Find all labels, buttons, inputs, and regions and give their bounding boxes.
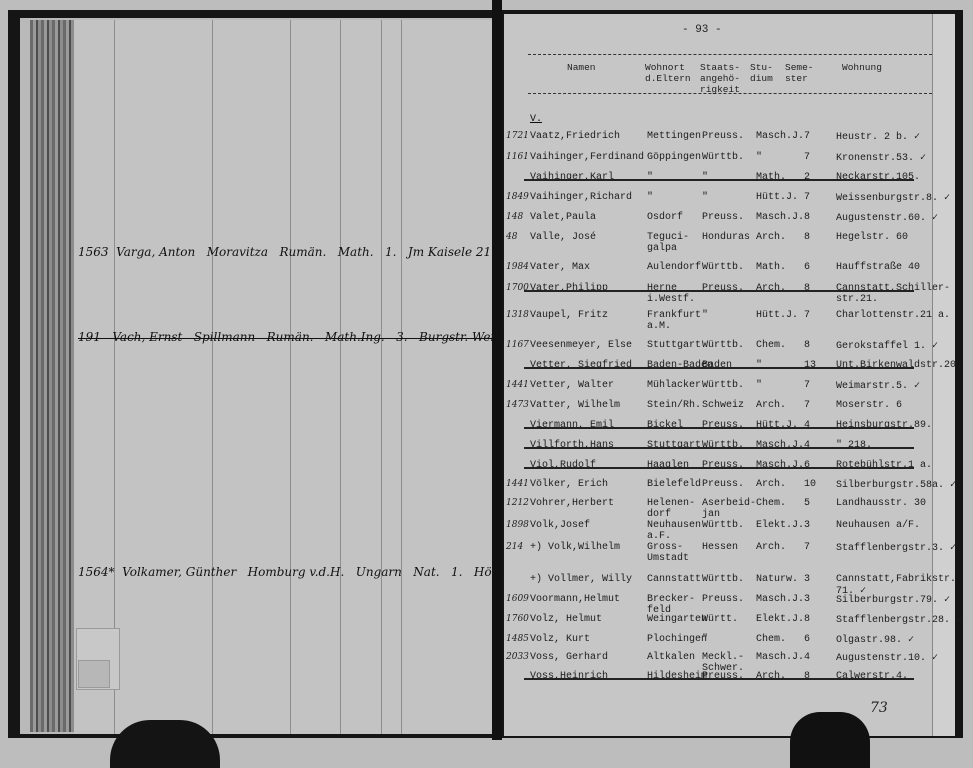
semester: 7	[804, 542, 810, 553]
student-name: Veesenmeyer, Else	[530, 340, 632, 351]
citizenship: Württb.	[702, 340, 744, 351]
parents-residence: Haaglen	[647, 460, 689, 471]
student-name: Volz, Kurt	[530, 634, 590, 645]
student-name: Valet,Paula	[530, 212, 596, 223]
student-name: Vaihinger,Karl	[530, 172, 614, 183]
semester: 3	[804, 520, 810, 531]
entry-number: 1441	[506, 380, 529, 390]
residence-address: Weissenburgstr.8. ✓	[836, 192, 950, 204]
field-of-study: Math.	[756, 262, 786, 273]
semester: 7	[804, 131, 810, 142]
residence-address: Stafflenbergstr.28. ✓	[836, 614, 962, 626]
parents-residence: Stuttgart	[647, 440, 701, 451]
parents-residence: Brecker- feld	[647, 594, 695, 616]
table-row: 1721Vaatz,FriedrichMettingenPreuss.Masch…	[504, 131, 934, 145]
semester: 5	[804, 498, 810, 509]
citizenship: Preuss.	[702, 594, 744, 605]
field-of-study: "	[756, 360, 762, 371]
entry-number: 148	[506, 212, 523, 222]
column-header-wohnort: Wohnort d.Eltern	[645, 62, 691, 84]
parents-residence: Frankfurt a.M.	[647, 310, 701, 332]
entry-number: 1212	[506, 498, 529, 508]
field-of-study: Masch.J.	[756, 212, 804, 223]
semester: 6	[804, 262, 810, 273]
handwritten-entry-struck: 191 Vach, Ernst Spillmann Rumän. Math.In…	[78, 330, 538, 344]
page-number: - 93 -	[682, 24, 722, 36]
column-header-wohnung: Wohnung	[842, 62, 882, 73]
table-row: 1700Vater,PhilippHerne i.Westf.Preuss.Ar…	[504, 283, 934, 297]
field-of-study: Elekt.J.	[756, 614, 804, 625]
parents-residence: Cannstatt	[647, 574, 701, 585]
citizenship: Preuss.	[702, 131, 744, 142]
table-row: 1760Volz, HelmutWeingartenWürtt.Elekt.J.…	[504, 614, 934, 628]
citizenship: Honduras	[702, 232, 750, 243]
entry-number: 1700	[506, 283, 529, 293]
student-name: Vetter, Walter	[530, 380, 614, 391]
table-row: 1212Vohrer,HerbertHelenen- dorfAserbeid-…	[504, 498, 934, 512]
table-row: 1318Vaupel, FritzFrankfurt a.M."Hütt.J.7…	[504, 310, 934, 324]
student-name: Voormann,Helmut	[530, 594, 620, 605]
parents-residence: Gross- Umstadt	[647, 542, 689, 564]
table-row: Vaihinger,Karl""Math.2Neckarstr.105.	[504, 172, 934, 186]
residence-address: Augustenstr.60. ✓	[836, 212, 938, 224]
signature-mark: 73	[870, 700, 888, 716]
field-of-study: Hütt.J.	[756, 192, 798, 203]
handwritten-entry: 1564* Volkamer, Günther Homburg v.d.H. U…	[78, 565, 562, 579]
entry-number: 1898	[506, 520, 529, 530]
parents-residence: Mettingen	[647, 131, 701, 142]
residence-address: Kronenstr.53. ✓	[836, 152, 926, 164]
residence-address: Neckarstr.105.	[836, 172, 920, 183]
semester: 7	[804, 400, 810, 411]
semester: 8	[804, 614, 810, 625]
student-name: Viermann, Emil	[530, 420, 614, 431]
residence-address: Gerokstaffel 1. ✓	[836, 340, 938, 352]
table-row: 1473Vatter, WilhelmStein/Rh.SchweizArch.…	[504, 400, 934, 414]
student-name: Vaatz,Friedrich	[530, 131, 620, 142]
parents-residence: Aulendorf	[647, 262, 701, 273]
field-of-study: Arch.	[756, 283, 786, 294]
semester: 7	[804, 310, 810, 321]
column-rule	[290, 20, 291, 734]
handwritten-entry: 1563 Varga, Anton Moravitza Rumän. Math.…	[78, 245, 495, 259]
residence-address: Stafflenbergstr.3. ✓	[836, 542, 956, 554]
field-of-study: Masch.J.	[756, 131, 804, 142]
field-of-study: Arch.	[756, 671, 786, 682]
parents-residence: Osdorf	[647, 212, 683, 223]
parents-residence: Bielefeld	[647, 479, 701, 490]
semester: 7	[804, 152, 810, 163]
semester: 8	[804, 671, 810, 682]
field-of-study: Elekt.J.	[756, 520, 804, 531]
semester: 3	[804, 574, 810, 585]
column-header-studium: Stu- dium	[750, 62, 773, 84]
parents-residence: Neuhausen a.F.	[647, 520, 701, 542]
student-name: Völker, Erich	[530, 479, 608, 490]
field-of-study: Math.	[756, 172, 786, 183]
semester: 4	[804, 652, 810, 663]
field-of-study: Naturw.	[756, 574, 798, 585]
student-name: Villforth,Hans	[530, 440, 614, 451]
semester: 13	[804, 360, 816, 371]
entry-number: 1473	[506, 400, 529, 410]
field-of-study: Masch.J.	[756, 652, 804, 663]
student-name: Vater, Max	[530, 262, 590, 273]
right-page-edge	[932, 14, 955, 736]
parents-residence: Mühlacker	[647, 380, 701, 391]
entry-number: 48	[506, 232, 517, 242]
citizenship: Württb.	[702, 574, 744, 585]
residence-address: Silberburgstr.58a. ✓	[836, 479, 956, 491]
student-name: Vater,Philipp	[530, 283, 608, 294]
semester: 3	[804, 594, 810, 605]
parents-residence: Helenen- dorf	[647, 498, 695, 520]
citizenship: Schweiz	[702, 400, 744, 411]
citizenship: Preuss.	[702, 283, 744, 294]
table-row: Villforth,HansStuttgartWürttb.Masch.J.4"…	[504, 440, 934, 454]
table-row: Viermann, EmilBickelPreuss.Hütt.J.4Heins…	[504, 420, 934, 434]
table-row: 1609Voormann,HelmutBrecker- feldPreuss.M…	[504, 594, 934, 608]
hand-finger	[110, 720, 220, 768]
entry-number: 1161	[506, 152, 529, 162]
field-of-study: "	[756, 380, 762, 391]
student-name: Valle, José	[530, 232, 596, 243]
citizenship: Hessen	[702, 542, 738, 553]
student-name: Viol,Rudolf	[530, 460, 596, 471]
residence-address: Silberburgstr.79. ✓	[836, 594, 950, 606]
parents-residence: Teguci- galpa	[647, 232, 689, 254]
citizenship: Preuss.	[702, 212, 744, 223]
semester: 7	[804, 192, 810, 203]
student-name: +) Vollmer, Willy	[530, 574, 632, 585]
field-of-study: Chem.	[756, 340, 786, 351]
table-row: 1849Vaihinger,Richard""Hütt.J.7Weissenbu…	[504, 192, 934, 206]
entry-number: 1609	[506, 594, 529, 604]
semester: 6	[804, 460, 810, 471]
table-row: Viol,RudolfHaaglenPreuss.Masch.J.6Rotebü…	[504, 460, 934, 474]
semester: 10	[804, 479, 816, 490]
residence-address: Charlottenstr.21 a.	[836, 310, 950, 321]
table-row: 214+) Volk,WilhelmGross- UmstadtHessenAr…	[504, 542, 934, 556]
table-row: 1161Vaihinger,FerdinandGöppingenWürttb."…	[504, 152, 934, 166]
parents-residence: Weingarten	[647, 614, 707, 625]
field-of-study: Hütt.J.	[756, 420, 798, 431]
citizenship: Württb.	[702, 520, 744, 531]
column-header-staat: Staats- angehö- rigkeit	[700, 62, 740, 95]
header-rule-top	[528, 54, 932, 55]
field-of-study: Hütt.J.	[756, 310, 798, 321]
student-name: Vaihinger,Richard	[530, 192, 632, 203]
left-sheet	[74, 20, 498, 734]
residence-address: Heustr. 2 b. ✓	[836, 131, 920, 143]
student-name: Volk,Josef	[530, 520, 590, 531]
semester: 8	[804, 212, 810, 223]
residence-address: Calwerstr.4.	[836, 671, 908, 682]
field-of-study: Masch.J.	[756, 594, 804, 605]
entry-number: 1441	[506, 479, 529, 489]
column-rule	[212, 20, 213, 734]
citizenship: Württb.	[702, 380, 744, 391]
parents-residence: Göppingen	[647, 152, 701, 163]
entry-number: 1984	[506, 262, 529, 272]
field-of-study: Arch.	[756, 232, 786, 243]
entry-number: 1167	[506, 340, 529, 350]
entry-number: 214	[506, 542, 523, 552]
student-name: Vatter, Wilhelm	[530, 400, 620, 411]
residence-address: Moserstr. 6	[836, 400, 902, 411]
column-rule	[381, 20, 382, 734]
citizenship: Preuss.	[702, 460, 744, 471]
citizenship: "	[702, 192, 708, 203]
parents-residence: Bickel	[647, 420, 683, 431]
table-row: 1485Volz, KurtPlochingen"Chem.6Olgastr.9…	[504, 634, 934, 648]
field-of-study: Masch.J.	[756, 460, 804, 471]
student-name: Vetter, Siegfried	[530, 360, 632, 371]
entry-number: 1485	[506, 634, 529, 644]
residence-address: Landhausstr. 30	[836, 498, 926, 509]
semester: 8	[804, 283, 810, 294]
citizenship: "	[702, 172, 708, 183]
parents-residence: "	[647, 172, 653, 183]
residence-address: Neuhausen a/F.	[836, 520, 920, 531]
parents-residence: "	[647, 192, 653, 203]
citizenship: Preuss.	[702, 420, 744, 431]
table-row: 1441Vetter, WalterMühlackerWürttb."7Weim…	[504, 380, 934, 394]
student-name: Voss,Heinrich	[530, 671, 608, 682]
citizenship: "	[702, 310, 708, 321]
citizenship: Württb.	[702, 152, 744, 163]
table-row: 1167Veesenmeyer, ElseStuttgartWürttb.Che…	[504, 340, 934, 354]
student-name: Volz, Helmut	[530, 614, 602, 625]
table-row: 1984Vater, MaxAulendorfWürttb.Math.6Hauf…	[504, 262, 934, 276]
citizenship: Württb.	[702, 262, 744, 273]
field-of-study: Arch.	[756, 542, 786, 553]
residence-address: Heinsburgstr.89.	[836, 420, 932, 431]
column-rule	[401, 20, 402, 734]
residence-address: Augustenstr.10. ✓	[836, 652, 938, 664]
book-spine	[492, 0, 502, 740]
semester: 8	[804, 340, 810, 351]
table-row: Vetter, SiegfriedBaden-BadenBaden"13Unt.…	[504, 360, 934, 374]
parents-residence: Hildesheim	[647, 671, 707, 682]
parents-residence: Stuttgart	[647, 340, 701, 351]
residence-address: " 218.	[836, 440, 872, 451]
table-row: 148Valet,PaulaOsdorfPreuss.Masch.J.8Augu…	[504, 212, 934, 226]
semester: 7	[804, 380, 810, 391]
field-of-study: Masch.J.	[756, 440, 804, 451]
student-name: Vaihinger,Ferdinand	[530, 152, 644, 163]
entry-number: 1721	[506, 131, 529, 141]
table-row: 1898Volk,JosefNeuhausen a.F.Württb.Elekt…	[504, 520, 934, 534]
section-letter: V.	[530, 114, 542, 125]
student-name: Voss, Gerhard	[530, 652, 608, 663]
table-row: 2033Voss, GerhardAltkalenMeckl.- Schwer.…	[504, 652, 934, 666]
page-edges	[30, 20, 74, 732]
citizenship: "	[702, 634, 708, 645]
entry-number: 1760	[506, 614, 529, 624]
parents-residence: Stein/Rh.	[647, 400, 701, 411]
citizenship: Württb.	[702, 440, 744, 451]
column-header-namen: Namen	[567, 62, 596, 73]
table-row: Voss,HeinrichHildesheimPreuss.Arch.8Calw…	[504, 671, 934, 685]
hand-finger	[790, 712, 870, 768]
entry-number: 2033	[506, 652, 529, 662]
citizenship: Aserbeid- jan	[702, 498, 756, 520]
residence-address: Unt.Birkenwaldstr.20.	[836, 360, 962, 371]
field-of-study: Chem.	[756, 498, 786, 509]
residence-address: Cannstatt,Schiller- str.21.	[836, 283, 950, 305]
table-row: 48Valle, JoséTeguci- galpaHondurasArch.8…	[504, 232, 934, 246]
residence-address: Rotebühlstr.1 a.	[836, 460, 932, 471]
semester: 6	[804, 634, 810, 645]
parents-residence: Plochingen	[647, 634, 707, 645]
citizenship: Baden	[702, 360, 732, 371]
citizenship: Preuss.	[702, 479, 744, 490]
entry-number: 1849	[506, 192, 529, 202]
field-of-study: "	[756, 152, 762, 163]
column-header-semester: Seme- ster	[785, 62, 814, 84]
residence-address: Hauffstraße 40	[836, 262, 920, 273]
table-row: 1441Völker, ErichBielefeldPreuss.Arch.10…	[504, 479, 934, 493]
column-rule	[340, 20, 341, 734]
field-of-study: Chem.	[756, 634, 786, 645]
table-row: +) Vollmer, WillyCannstattWürttb.Naturw.…	[504, 574, 934, 588]
semester: 4	[804, 420, 810, 431]
citizenship: Württ.	[702, 614, 738, 625]
column-rule	[114, 20, 115, 734]
semester: 2	[804, 172, 810, 183]
citizenship: Preuss.	[702, 671, 744, 682]
field-of-study: Arch.	[756, 479, 786, 490]
residence-address: Hegelstr. 60	[836, 232, 908, 243]
residence-address: Olgastr.98. ✓	[836, 634, 914, 646]
paper-tab-inner	[78, 660, 110, 688]
semester: 8	[804, 232, 810, 243]
residence-address: Weimarstr.5. ✓	[836, 380, 920, 392]
student-name: Vohrer,Herbert	[530, 498, 614, 509]
semester: 4	[804, 440, 810, 451]
student-name: +) Volk,Wilhelm	[530, 542, 620, 553]
parents-residence: Altkalen	[647, 652, 695, 663]
entry-number: 1318	[506, 310, 529, 320]
student-name: Vaupel, Fritz	[530, 310, 608, 321]
parents-residence: Herne i.Westf.	[647, 283, 695, 305]
field-of-study: Arch.	[756, 400, 786, 411]
